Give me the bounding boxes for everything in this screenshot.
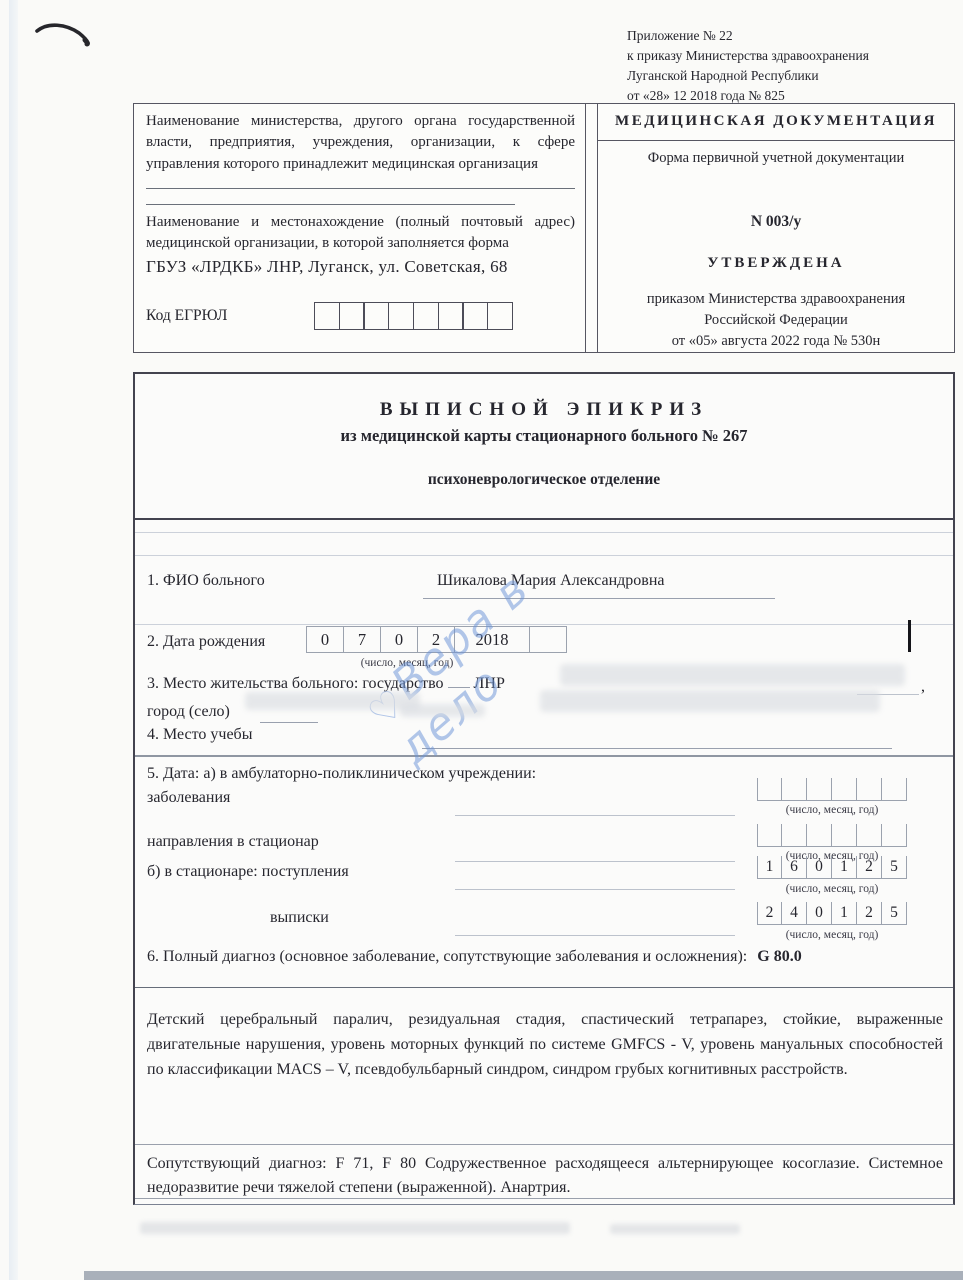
date-format-caption: (число, месяц, год) — [317, 657, 497, 669]
illness-date-cells — [757, 778, 907, 801]
field-underline — [455, 935, 735, 936]
referral-date-label: направления в стационар — [147, 833, 319, 851]
redaction-smudge — [540, 690, 880, 712]
date-format-caption: (число, месяц, год) — [757, 883, 907, 895]
document-title: ВЫПИСНОЙ ЭПИКРИЗ — [135, 399, 953, 421]
residence-value: ЛНР — [474, 675, 505, 692]
study-place-label: 4. Место учебы — [147, 726, 252, 744]
order-annotation: Приложение № 22 к приказу Министерства з… — [627, 26, 957, 106]
dates-section-label: 5. Дата: а) в амбулаторно-поликлиническо… — [147, 765, 536, 783]
field-underline — [423, 598, 775, 599]
ruled-line — [135, 532, 953, 533]
ruled-line — [135, 1198, 953, 1199]
form-number: N 003/у — [598, 213, 954, 231]
birth-date-cells: 07022018 — [307, 626, 567, 653]
field-underline — [455, 889, 735, 890]
redaction-smudge — [245, 692, 420, 710]
header-divider-gap — [586, 104, 597, 352]
patient-name-value: Шикалова Мария Александровна — [437, 572, 665, 590]
referral-date-cells — [757, 824, 907, 847]
field-underline — [422, 748, 892, 749]
city-label: город (село) — [147, 703, 230, 721]
field-underline — [260, 722, 318, 723]
scan-bottom-shadow — [84, 1271, 963, 1280]
department-name: психоневрологическое отделение — [135, 471, 953, 489]
approved-label: УТВЕРЖДЕНА — [598, 255, 954, 272]
egrul-label: Код ЕГРЮЛ — [146, 307, 227, 325]
approved-by-order: приказом Министерства здравоохранения Ро… — [598, 289, 954, 352]
org-address-description: Наименование и местонахождение (полный п… — [146, 212, 575, 255]
redaction-smudge — [560, 664, 905, 686]
document-subtitle: из медицинской карты стационарного больн… — [135, 426, 953, 446]
diagnosis-line: 6. Полный диагноз (основное заболевание,… — [147, 948, 802, 966]
section-divider — [135, 755, 953, 757]
section-divider — [135, 987, 953, 988]
field-underline — [455, 815, 735, 816]
bleed-through-ghost — [610, 1224, 740, 1234]
title-block: ВЫПИСНОЙ ЭПИКРИЗ из медицинской карты ст… — [135, 374, 953, 520]
discharge-date-label: выписки — [270, 909, 329, 927]
ministry-description: Наименование министерства, другого орган… — [146, 111, 575, 175]
redaction-smudge — [400, 704, 485, 717]
egrul-row: Код ЕГРЮЛ — [146, 302, 575, 330]
patient-name-label: 1. ФИО больного — [147, 572, 265, 590]
scanned-document-page: Приложение № 22 к приказу Министерства з… — [0, 0, 963, 1280]
diagnosis-label: 6. Полный диагноз (основное заболевание,… — [147, 948, 747, 965]
diagnosis-code: G 80.0 — [757, 948, 801, 965]
diagnosis-text: Детский церебральный паралич, резидуальн… — [147, 1008, 943, 1082]
header-table: Наименование министерства, другого орган… — [133, 103, 955, 353]
egrul-code-boxes — [315, 302, 513, 330]
scan-edge-band — [9, 0, 18, 1280]
admission-date-label: б) в стационаре: поступления — [147, 863, 349, 881]
ruled-line — [135, 1144, 953, 1145]
pen-mark — [30, 18, 100, 52]
date-format-caption: (число, месяц, год) — [757, 804, 907, 816]
field-underline — [455, 861, 735, 862]
admission-date-cells: 160125 — [757, 856, 907, 879]
bleed-through-ghost — [140, 1222, 570, 1234]
residence-label: 3. Место жительства больного: государств… — [147, 675, 444, 692]
residence-tail: , — [921, 678, 925, 696]
epicrisis-table: ВЫПИСНОЙ ЭПИКРИЗ из медицинской карты ст… — [133, 372, 955, 1205]
secondary-diagnosis-text: Сопутствующий диагноз: F 71, F 80 Содруж… — [147, 1152, 943, 1200]
stray-ink-mark — [908, 620, 911, 652]
blank-line — [146, 188, 575, 189]
medical-documentation-title: МЕДИЦИНСКАЯ ДОКУМЕНТАЦИЯ — [598, 104, 954, 141]
discharge-date-cells: 240125 — [757, 902, 907, 925]
blank-line — [146, 204, 515, 205]
organization-name: ГБУЗ «ЛРДКБ» ЛНР, Луганск, ул. Советская… — [146, 257, 575, 277]
header-right-cell: МЕДИЦИНСКАЯ ДОКУМЕНТАЦИЯ Форма первичной… — [597, 104, 954, 352]
ruled-line — [135, 555, 953, 556]
illness-date-label: заболевания — [147, 789, 230, 807]
residence-line: 3. Место жительства больного: государств… — [147, 675, 505, 693]
header-left-cell: Наименование министерства, другого орган… — [134, 104, 586, 352]
ruled-line — [135, 624, 953, 625]
date-format-caption: (число, месяц, год) — [757, 929, 907, 941]
form-type-subtitle: Форма первичной учетной документации — [598, 150, 954, 167]
birth-date-label: 2. Дата рождения — [147, 633, 265, 651]
